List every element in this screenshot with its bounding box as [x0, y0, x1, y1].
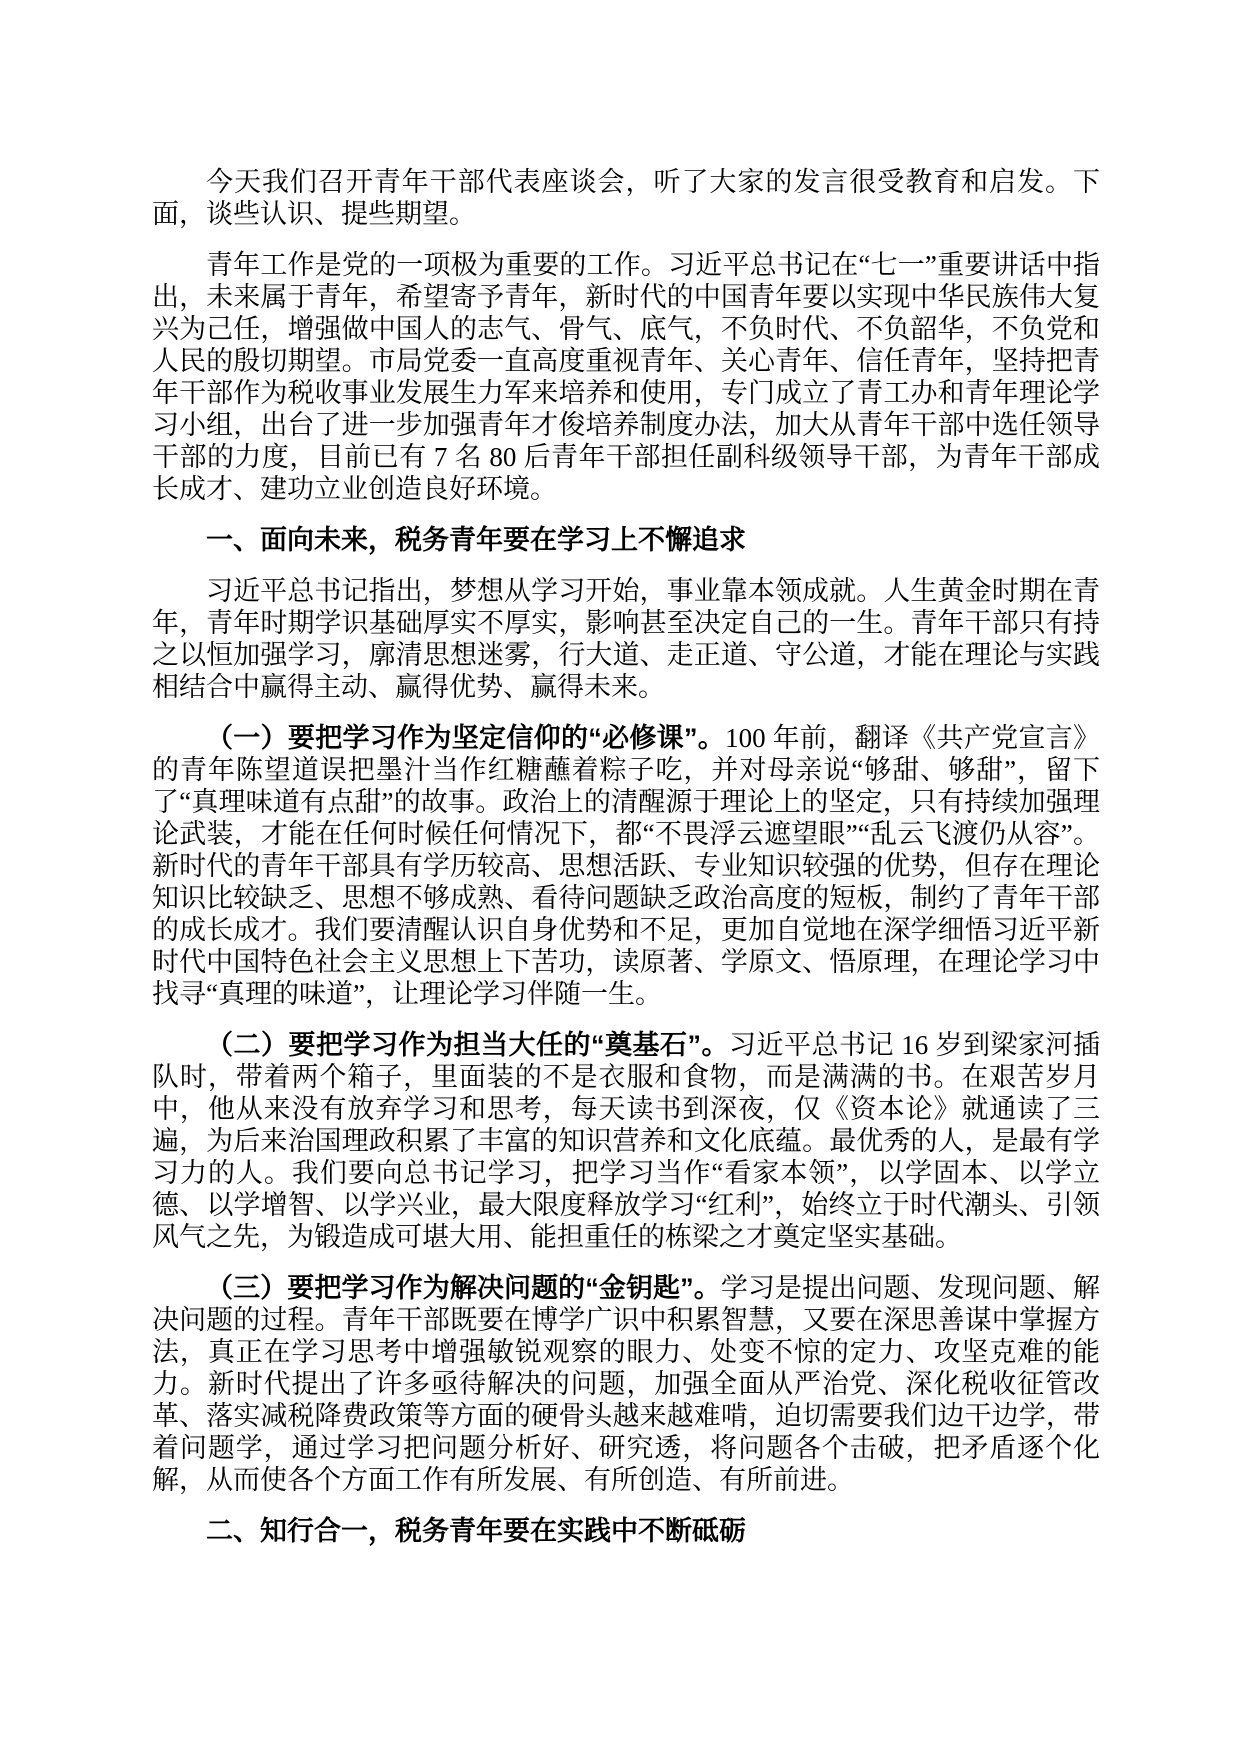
- intro-paragraph: 今天我们召开青年干部代表座谈会，听了大家的发言很受教育和启发。下面，谈些认识、提…: [152, 166, 1100, 230]
- point-3-paragraph: （三）要把学习作为解决问题的“金钥匙”。学习是提出问题、发现问题、解决问题的过程…: [152, 1272, 1100, 1496]
- point-3-lead: （三）要把学习作为解决问题的“金钥匙”。: [206, 1273, 721, 1303]
- section-2-heading: 二、知行合一，税务青年要在实践中不断砥砺: [152, 1515, 1100, 1547]
- paragraph-text: 100 年前，翻译《共产党宣言》的青年陈望道误把墨汁当作红糖蘸着粽子吃，并对母亲…: [152, 723, 1100, 1009]
- paragraph-text: 习近平总书记指出，梦想从学习开始，事业靠本领成就。人生黄金时期在青年，青年时期学…: [152, 576, 1100, 702]
- paragraph-text: 学习是提出问题、发现问题、解决问题的过程。青年干部既要在博学广识中积累智慧，又要…: [152, 1273, 1100, 1495]
- document-page: 今天我们召开青年干部代表座谈会，听了大家的发言很受教育和启发。下面，谈些认识、提…: [0, 0, 1240, 1754]
- paragraph-text: 青年工作是党的一项极为重要的工作。习近平总书记在“七一”重要讲话中指出，未来属于…: [152, 250, 1100, 504]
- youth-work-paragraph: 青年工作是党的一项极为重要的工作。习近平总书记在“七一”重要讲话中指出，未来属于…: [152, 249, 1100, 505]
- paragraph-text: 今天我们召开青年干部代表座谈会，听了大家的发言很受教育和启发。下面，谈些认识、提…: [152, 167, 1100, 229]
- paragraph-text: 习近平总书记 16 岁到梁家河插队时，带着两个箱子，里面装的不是衣服和食物，而是…: [152, 1030, 1100, 1252]
- section-1-intro-paragraph: 习近平总书记指出，梦想从学习开始，事业靠本领成就。人生黄金时期在青年，青年时期学…: [152, 575, 1100, 703]
- point-2-lead: （二）要把学习作为担当大任的“奠基石”。: [206, 1030, 729, 1060]
- point-2-paragraph: （二）要把学习作为担当大任的“奠基石”。习近平总书记 16 岁到梁家河插队时，带…: [152, 1029, 1100, 1253]
- point-1-paragraph: （一）要把学习作为坚定信仰的“必修课”。100 年前，翻译《共产党宣言》的青年陈…: [152, 722, 1100, 1010]
- section-1-heading: 一、面向未来，税务青年要在学习上不懈追求: [152, 524, 1100, 556]
- point-1-lead: （一）要把学习作为坚定信仰的“必修课”。: [206, 723, 725, 753]
